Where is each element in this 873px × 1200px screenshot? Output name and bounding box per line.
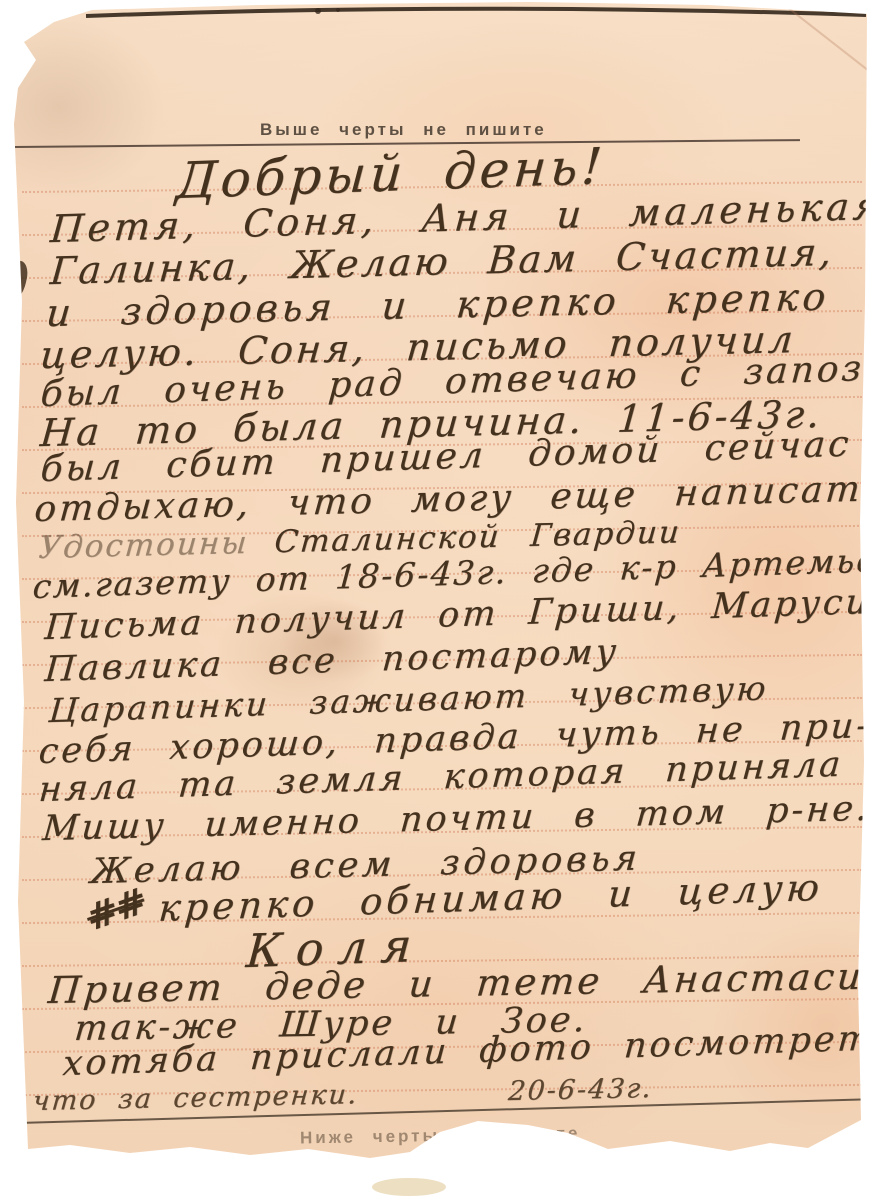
faint-word: Удостоины xyxy=(37,525,250,566)
date-text: 20-6-43г. xyxy=(507,1073,654,1107)
form-footer-label: Ниже черты не пишите xyxy=(300,1124,581,1149)
letter-paper: Выше черты не пишите Добрый день! Петя, … xyxy=(8,2,868,1164)
form-header-label: Выше черты не пишите xyxy=(260,120,547,140)
scan-smudge xyxy=(372,1178,446,1196)
torn-top-edge xyxy=(8,2,873,32)
letter-scan: Выше черты не пишите Добрый день! Петя, … xyxy=(0,0,873,1200)
